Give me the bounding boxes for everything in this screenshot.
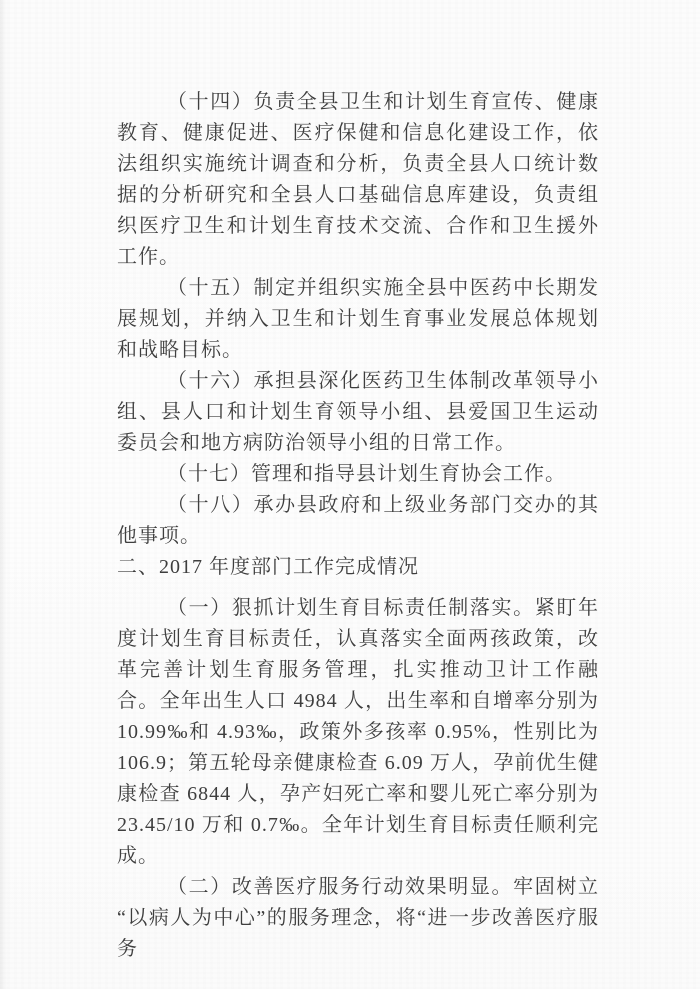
paragraph-duty-17: （十七）管理和指导县计划生育协会工作。 [117, 459, 599, 490]
section-heading-2017-work-completion: 二、2017 年度部门工作完成情况 [117, 552, 599, 583]
paragraph-duty-16: （十六）承担县深化医药卫生体制改革领导小组、县人口和计划生育领导小组、县爱国卫生… [117, 366, 599, 459]
document-content: （十四）负责全县卫生和计划生育宣传、健康教育、健康促进、医疗保健和信息化建设工作… [117, 87, 599, 965]
paragraph-work-item-1-family-planning: （一）狠抓计划生育目标责任制落实。紧盯年度计划生育目标责任，认真落实全面两孩政策… [117, 593, 599, 872]
paragraph-duty-14: （十四）负责全县卫生和计划生育宣传、健康教育、健康促进、医疗保健和信息化建设工作… [117, 87, 599, 273]
document-page: （十四）负责全县卫生和计划生育宣传、健康教育、健康促进、医疗保健和信息化建设工作… [0, 0, 700, 989]
paragraph-duty-15: （十五）制定并组织实施全县中医药中长期发展规划，并纳入卫生和计划生育事业发展总体… [117, 273, 599, 366]
paragraph-work-item-2-medical-service: （二）改善医疗服务行动效果明显。牢固树立“以病人为中心”的服务理念，将“进一步改… [117, 872, 599, 965]
paragraph-duty-18: （十八）承办县政府和上级业务部门交办的其他事项。 [117, 490, 599, 552]
